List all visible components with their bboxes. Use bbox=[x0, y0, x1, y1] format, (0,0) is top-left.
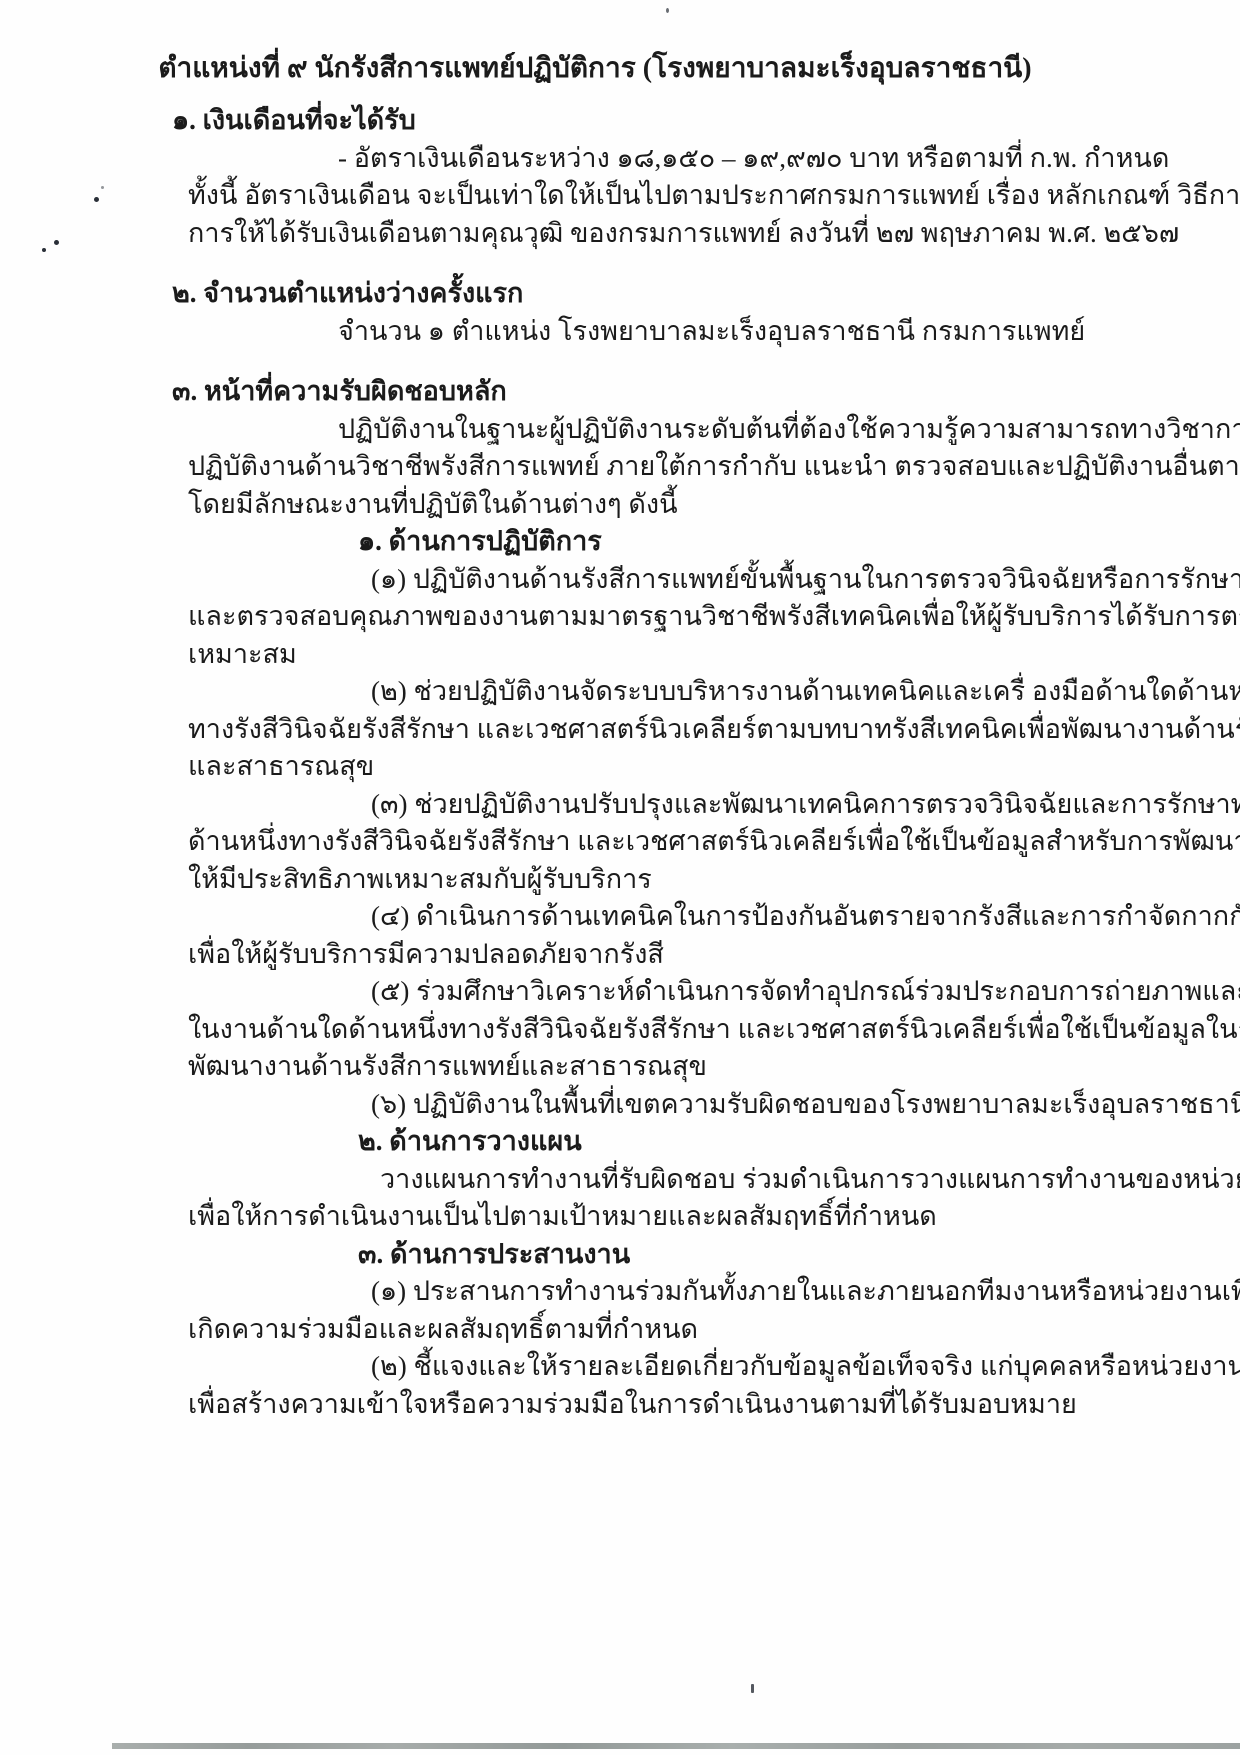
section-heading: ๒. จำนวนตำแหน่งว่างครั้งแรก bbox=[172, 275, 1168, 313]
text-line: (๑) ประสานการทำงานร่วมกันทั้งภายในและภาย… bbox=[371, 1273, 1168, 1311]
text-line: และสาธารณสุข bbox=[188, 748, 1168, 786]
scan-speckle bbox=[101, 186, 104, 189]
scan-speckle bbox=[54, 240, 59, 245]
page-title: ตำแหน่งที่ ๙ นักรังสีการแพทย์ปฏิบัติการ … bbox=[0, 50, 1190, 88]
subsection-heading: ๒. ด้านการวางแผน bbox=[358, 1123, 1168, 1161]
document-page: ตำแหน่งที่ ๙ นักรังสีการแพทย์ปฏิบัติการ … bbox=[0, 0, 1240, 1755]
section: ๓. หน้าที่ความรับผิดชอบหลักปฏิบัติงานในฐ… bbox=[188, 373, 1168, 1423]
text-line: (๔) ดำเนินการด้านเทคนิคในการป้องกันอันตร… bbox=[371, 898, 1168, 936]
scan-speckle bbox=[751, 1684, 754, 1693]
text-line: จำนวน ๑ ตำแหน่ง โรงพยาบาลมะเร็งอุบลราชธา… bbox=[338, 313, 1168, 351]
text-line: พัฒนางานด้านรังสีการแพทย์และสาธารณสุข bbox=[188, 1048, 1168, 1086]
text-line: (๓) ช่วยปฏิบัติงานปรับปรุงและพัฒนาเทคนิค… bbox=[371, 786, 1168, 824]
text-line: (๒) ช่วยปฏิบัติงานจัดระบบบริหารงานด้านเท… bbox=[371, 673, 1168, 711]
sections-container: ๑. เงินเดือนที่จะได้รับ- อัตราเงินเดือนร… bbox=[188, 102, 1168, 1423]
section: ๑. เงินเดือนที่จะได้รับ- อัตราเงินเดือนร… bbox=[188, 102, 1168, 252]
scan-speckle bbox=[42, 248, 46, 252]
section-heading: ๑. เงินเดือนที่จะได้รับ bbox=[172, 102, 1168, 140]
text-line: เพื่อให้การดำเนินงานเป็นไปตามเป้าหมายและ… bbox=[188, 1198, 1168, 1236]
text-line: (๒) ชี้แจงและให้รายละเอียดเกี่ยวกับข้อมู… bbox=[371, 1348, 1168, 1386]
text-line: การให้ได้รับเงินเดือนตามคุณวุฒิ ของกรมกา… bbox=[188, 215, 1168, 253]
section-heading: ๓. หน้าที่ความรับผิดชอบหลัก bbox=[172, 373, 1168, 411]
document-body: ๑. เงินเดือนที่จะได้รับ- อัตราเงินเดือนร… bbox=[188, 102, 1168, 1423]
text-line: - อัตราเงินเดือนระหว่าง ๑๘,๑๕๐ – ๑๙,๙๗๐ … bbox=[338, 140, 1168, 178]
text-line: เพื่อให้ผู้รับบริการมีความปลอดภัยจากรังส… bbox=[188, 936, 1168, 974]
text-line: และตรวจสอบคุณภาพของงานตามมาตรฐานวิชาชีพร… bbox=[188, 598, 1168, 636]
subsection-heading: ๑. ด้านการปฏิบัติการ bbox=[358, 523, 1168, 561]
text-line: ทางรังสีวินิจฉัยรังสีรักษา และเวชศาสตร์น… bbox=[188, 711, 1168, 749]
text-line: (๑) ปฏิบัติงานด้านรังสีการแพทย์ขั้นพื้นฐ… bbox=[371, 561, 1168, 599]
text-line: ด้านหนึ่งทางรังสีวินิจฉัยรังสีรักษา และเ… bbox=[188, 823, 1168, 861]
text-line: เหมาะสม bbox=[188, 636, 1168, 674]
text-line: โดยมีลักษณะงานที่ปฏิบัติในด้านต่างๆ ดังน… bbox=[188, 486, 1168, 524]
text-line: (๕) ร่วมศึกษาวิเคราะห์ดำเนินการจัดทำอุปก… bbox=[371, 973, 1168, 1011]
text-line: วางแผนการทำงานที่รับผิดชอบ ร่วมดำเนินการ… bbox=[380, 1161, 1168, 1199]
text-line: เพื่อสร้างความเข้าใจหรือความร่วมมือในการ… bbox=[188, 1386, 1168, 1424]
text-line: ทั้งนี้ อัตราเงินเดือน จะเป็นเท่าใดให้เป… bbox=[188, 177, 1168, 215]
text-line: ในงานด้านใดด้านหนึ่งทางรังสีวินิจฉัยรังส… bbox=[188, 1011, 1168, 1049]
text-line: ปฏิบัติงานด้านวิชาชีพรังสีการแพทย์ ภายใต… bbox=[188, 448, 1168, 486]
subsection-heading: ๓. ด้านการประสานงาน bbox=[358, 1236, 1168, 1274]
text-line: ให้มีประสิทธิภาพเหมาะสมกับผู้รับบริการ bbox=[188, 861, 1168, 899]
scan-speckle bbox=[666, 8, 669, 13]
section: ๒. จำนวนตำแหน่งว่างครั้งแรกจำนวน ๑ ตำแหน… bbox=[188, 275, 1168, 350]
text-line: (๖) ปฏิบัติงานในพื้นที่เขตความรับผิดชอบข… bbox=[371, 1086, 1168, 1124]
text-line: ปฏิบัติงานในฐานะผู้ปฏิบัติงานระดับต้นที่… bbox=[338, 411, 1168, 449]
scan-speckle bbox=[94, 197, 99, 202]
scan-edge-band bbox=[112, 1743, 1240, 1749]
text-line: เกิดความร่วมมือและผลสัมฤทธิ์ตามที่กำหนด bbox=[188, 1311, 1168, 1349]
